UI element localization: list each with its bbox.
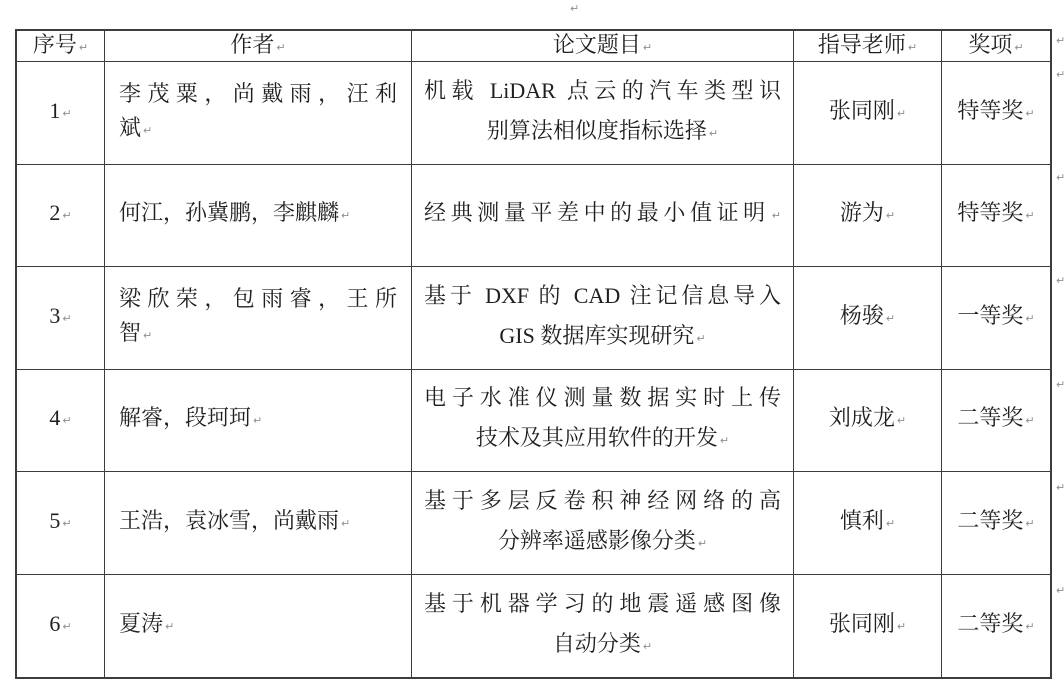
advisor-name: 张同刚 xyxy=(829,611,895,636)
authors-line: 智↵ xyxy=(119,316,397,354)
end-of-cell-mark-icon: ↵ xyxy=(62,199,71,233)
cell-advisor: 张同刚↵ xyxy=(794,62,942,165)
advisor-name: 游为 xyxy=(840,200,884,225)
title-line: 技术及其应用软件的开发↵ xyxy=(424,418,781,462)
end-of-cell-mark-icon: ↵ xyxy=(772,196,781,236)
authors-line: 梁欣荣，包雨睿，王所 xyxy=(119,282,397,316)
advisor-name: 刘成龙 xyxy=(829,405,895,430)
cell-award: 特等奖↵ xyxy=(942,62,1050,165)
end-of-cell-mark-icon: ↵ xyxy=(62,404,71,438)
header-cell-no: 序号↵ xyxy=(17,31,105,62)
award-name: 二等奖 xyxy=(957,405,1023,430)
end-of-cell-mark-icon: ↵ xyxy=(62,302,71,336)
authors-line: 李茂粟，尚戴雨，汪利 xyxy=(119,77,397,111)
row-number: 1 xyxy=(49,98,60,123)
cell-authors: 王浩，袁冰雪，尚戴雨↵ xyxy=(105,472,412,575)
advisor-name: 张同刚 xyxy=(829,98,895,123)
awards-table: 序号↵ 作者↵ 论文题目↵ 指导老师↵ 奖项↵ 1↵ 李茂粟，尚戴雨，汪利 斌↵… xyxy=(15,29,1052,679)
cell-award: 一等奖↵ xyxy=(942,267,1050,370)
row-number: 4 xyxy=(49,405,60,430)
end-of-cell-mark-icon: ↵ xyxy=(1025,610,1034,644)
cell-no: 1↵ xyxy=(17,62,105,165)
cell-award: 二等奖↵ xyxy=(942,370,1050,473)
header-award-label: 奖项 xyxy=(968,32,1012,57)
cell-title: 基于多层反卷积神经网络的高 分辨率遥感影像分类↵ xyxy=(412,472,794,575)
end-of-cell-mark-icon: ↵ xyxy=(276,34,285,61)
end-of-cell-mark-icon: ↵ xyxy=(79,34,88,61)
end-of-cell-mark-icon: ↵ xyxy=(643,627,652,667)
end-of-cell-mark-icon: ↵ xyxy=(62,507,71,541)
end-of-cell-mark-icon: ↵ xyxy=(886,199,895,233)
end-of-cell-mark-icon: ↵ xyxy=(643,34,652,61)
header-cell-award: 奖项↵ xyxy=(942,31,1050,62)
header-advisor-label: 指导老师 xyxy=(818,32,906,57)
end-of-cell-mark-icon: ↵ xyxy=(886,302,895,336)
cell-award: 二等奖↵ xyxy=(942,575,1050,678)
cell-authors: 何江，孙冀鹏，李麒麟↵ xyxy=(105,165,412,268)
end-of-cell-mark-icon: ↵ xyxy=(897,404,906,438)
end-of-row-mark-icon: ↵ xyxy=(1056,68,1064,81)
row-number: 6 xyxy=(49,611,60,636)
end-of-row-mark-icon: ↵ xyxy=(1056,378,1064,391)
end-of-cell-mark-icon: ↵ xyxy=(698,524,707,564)
end-of-cell-mark-icon: ↵ xyxy=(143,114,152,148)
title-line: 基于多层反卷积神经网络的高 xyxy=(424,481,781,521)
cell-advisor: 游为↵ xyxy=(794,165,942,268)
title-line: 电子水准仪测量数据实时上传 xyxy=(424,378,781,418)
cell-award: 特等奖↵ xyxy=(942,165,1050,268)
cell-title: 基于机器学习的地震遥感图像 自动分类↵ xyxy=(412,575,794,678)
end-of-row-mark-icon: ↵ xyxy=(1056,171,1064,184)
end-of-row-mark-icon: ↵ xyxy=(1056,481,1064,494)
cell-authors: 李茂粟，尚戴雨，汪利 斌↵ xyxy=(105,62,412,165)
end-of-cell-mark-icon: ↵ xyxy=(1025,507,1034,541)
end-of-cell-mark-icon: ↵ xyxy=(709,114,718,154)
end-of-cell-mark-icon: ↵ xyxy=(143,319,152,353)
document-page: { "page": { "background": "#ffffff", "bo… xyxy=(0,0,1064,700)
cell-advisor: 刘成龙↵ xyxy=(794,370,942,473)
advisor-name: 慎利 xyxy=(840,508,884,533)
row-number: 5 xyxy=(49,508,60,533)
authors-line: 斌↵ xyxy=(119,111,397,149)
end-of-cell-mark-icon: ↵ xyxy=(253,404,262,438)
end-of-cell-mark-icon: ↵ xyxy=(696,319,705,359)
header-authors-label: 作者 xyxy=(230,32,274,57)
paragraph-mark-icon: ↵ xyxy=(570,2,579,15)
cell-no: 5↵ xyxy=(17,472,105,575)
end-of-cell-mark-icon: ↵ xyxy=(1014,34,1023,61)
award-name: 二等奖 xyxy=(957,611,1023,636)
cell-title: 机载 LiDAR 点云的汽车类型识 别算法相似度指标选择↵ xyxy=(412,62,794,165)
header-cell-advisor: 指导老师↵ xyxy=(794,31,942,62)
cell-no: 2↵ xyxy=(17,165,105,268)
title-line: 基于机器学习的地震遥感图像 xyxy=(424,584,781,624)
end-of-cell-mark-icon: ↵ xyxy=(886,507,895,541)
cell-authors: 解睿，段珂珂↵ xyxy=(105,370,412,473)
title-line: 分辨率遥感影像分类↵ xyxy=(424,521,781,565)
end-of-row-mark-icon: ↵ xyxy=(1056,584,1064,597)
authors-line: 王浩，袁冰雪，尚戴雨↵ xyxy=(119,504,397,542)
authors-line: 夏涛↵ xyxy=(119,607,397,645)
header-cell-authors: 作者↵ xyxy=(105,31,412,62)
end-of-cell-mark-icon: ↵ xyxy=(1025,404,1034,438)
cell-award: 二等奖↵ xyxy=(942,472,1050,575)
cell-advisor: 杨骏↵ xyxy=(794,267,942,370)
award-name: 特等奖 xyxy=(957,200,1023,225)
end-of-cell-mark-icon: ↵ xyxy=(1025,302,1034,336)
end-of-cell-mark-icon: ↵ xyxy=(62,97,71,131)
award-name: 一等奖 xyxy=(957,303,1023,328)
cell-no: 4↵ xyxy=(17,370,105,473)
cell-no: 3↵ xyxy=(17,267,105,370)
award-name: 二等奖 xyxy=(957,508,1023,533)
end-of-row-mark-icon: ↵ xyxy=(1056,274,1064,287)
authors-line: 解睿，段珂珂↵ xyxy=(119,401,397,439)
award-name: 特等奖 xyxy=(957,98,1023,123)
end-of-cell-mark-icon: ↵ xyxy=(1025,199,1034,233)
cell-advisor: 张同刚↵ xyxy=(794,575,942,678)
title-line: 自动分类↵ xyxy=(424,624,781,668)
end-of-cell-mark-icon: ↵ xyxy=(720,421,729,461)
end-of-cell-mark-icon: ↵ xyxy=(341,507,350,541)
end-of-cell-mark-icon: ↵ xyxy=(1025,97,1034,131)
end-of-cell-mark-icon: ↵ xyxy=(62,610,71,644)
title-line: GIS 数据库实现研究↵ xyxy=(424,316,781,360)
cell-authors: 梁欣荣，包雨睿，王所 智↵ xyxy=(105,267,412,370)
title-line: 别算法相似度指标选择↵ xyxy=(424,111,781,155)
cell-no: 6↵ xyxy=(17,575,105,678)
cell-authors: 夏涛↵ xyxy=(105,575,412,678)
header-no-label: 序号 xyxy=(33,32,77,57)
cell-title: 经典测量平差中的最小值证明↵ xyxy=(412,165,794,268)
end-of-cell-mark-icon: ↵ xyxy=(165,610,174,644)
end-of-row-mark-icon: ↵ xyxy=(1056,34,1064,47)
advisor-name: 杨骏 xyxy=(840,303,884,328)
end-of-cell-mark-icon: ↵ xyxy=(341,199,350,233)
cell-title: 电子水准仪测量数据实时上传 技术及其应用软件的开发↵ xyxy=(412,370,794,473)
cell-title: 基于 DXF 的 CAD 注记信息导入 GIS 数据库实现研究↵ xyxy=(412,267,794,370)
end-of-cell-mark-icon: ↵ xyxy=(897,97,906,131)
end-of-cell-mark-icon: ↵ xyxy=(897,610,906,644)
end-of-cell-mark-icon: ↵ xyxy=(908,34,917,61)
row-number: 2 xyxy=(49,200,60,225)
header-cell-title: 论文题目↵ xyxy=(412,31,794,62)
authors-line: 何江，孙冀鹏，李麒麟↵ xyxy=(119,196,397,234)
title-line: 经典测量平差中的最小值证明↵ xyxy=(424,193,781,237)
header-title-label: 论文题目 xyxy=(553,32,641,57)
title-line: 机载 LiDAR 点云的汽车类型识 xyxy=(424,71,781,111)
cell-advisor: 慎利↵ xyxy=(794,472,942,575)
row-number: 3 xyxy=(49,303,60,328)
title-line: 基于 DXF 的 CAD 注记信息导入 xyxy=(424,276,781,316)
